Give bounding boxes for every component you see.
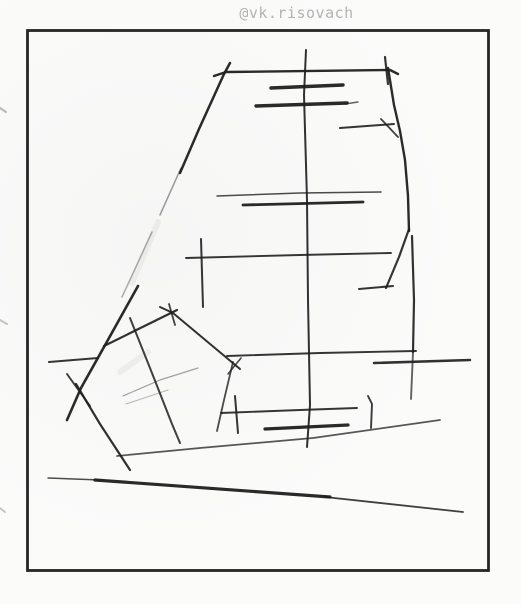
right-tick-horizontal-287-stroke — [359, 286, 393, 289]
cross-line-353-stroke — [227, 351, 416, 356]
sketch-canvas — [0, 0, 521, 604]
big-right-vertical-lower-stroke — [411, 352, 413, 399]
pentagon-inner-faint-1-stroke — [123, 368, 198, 396]
smudge-pentagon-stroke — [120, 352, 148, 372]
tick-vertical-410-right-stroke — [368, 396, 372, 428]
right-corner-flag-126-stroke — [381, 119, 398, 137]
tick-vertical-256-left-stroke — [201, 239, 203, 307]
thick-bar-103-stroke — [256, 103, 347, 106]
ground-line-left-stroke — [48, 478, 100, 480]
cross-line-194-stroke — [217, 192, 381, 196]
center-axis-stroke — [304, 50, 310, 447]
pentagon-left-long-edge-stroke — [67, 286, 138, 420]
big-left-edge-faint-1-stroke — [160, 168, 181, 215]
thick-bar-86-stroke — [271, 85, 343, 88]
cross-line-410-stroke — [221, 408, 357, 413]
edge-mark-1-stroke — [0, 108, 6, 112]
big-right-edge-stroke — [388, 68, 409, 231]
pencil-strokes-group — [0, 50, 470, 512]
thick-bar-427-stroke — [265, 425, 348, 429]
edge-mark-3-stroke — [0, 508, 5, 512]
tick-vertical-410-left-stroke — [235, 396, 238, 433]
cross-line-256-stroke — [186, 253, 391, 258]
sketch-frame-border — [28, 31, 489, 571]
pentagon-lowright-edge-stroke — [217, 362, 233, 431]
ground-line-right-stroke — [325, 497, 463, 512]
ground-line-mid-stroke — [95, 480, 330, 497]
pentagon-inner-steep-stroke — [130, 318, 180, 443]
big-left-edge-stroke — [180, 63, 230, 173]
edge-mark-2-stroke — [0, 320, 7, 324]
right-knee-diagonal-stroke — [386, 229, 409, 288]
pentagon-tick-horizontal-360-stroke — [49, 358, 98, 362]
cross-line-126-stroke — [340, 124, 394, 128]
smudge-upper-left-stroke — [132, 222, 158, 283]
cross-line-203-stroke — [243, 202, 363, 205]
base-sweep-line-stroke — [117, 420, 440, 456]
big-right-vertical-stroke — [412, 236, 414, 352]
thick-bar-360-stroke — [374, 360, 470, 363]
scanned-sketch-page: @vk.risovach — [0, 0, 521, 604]
